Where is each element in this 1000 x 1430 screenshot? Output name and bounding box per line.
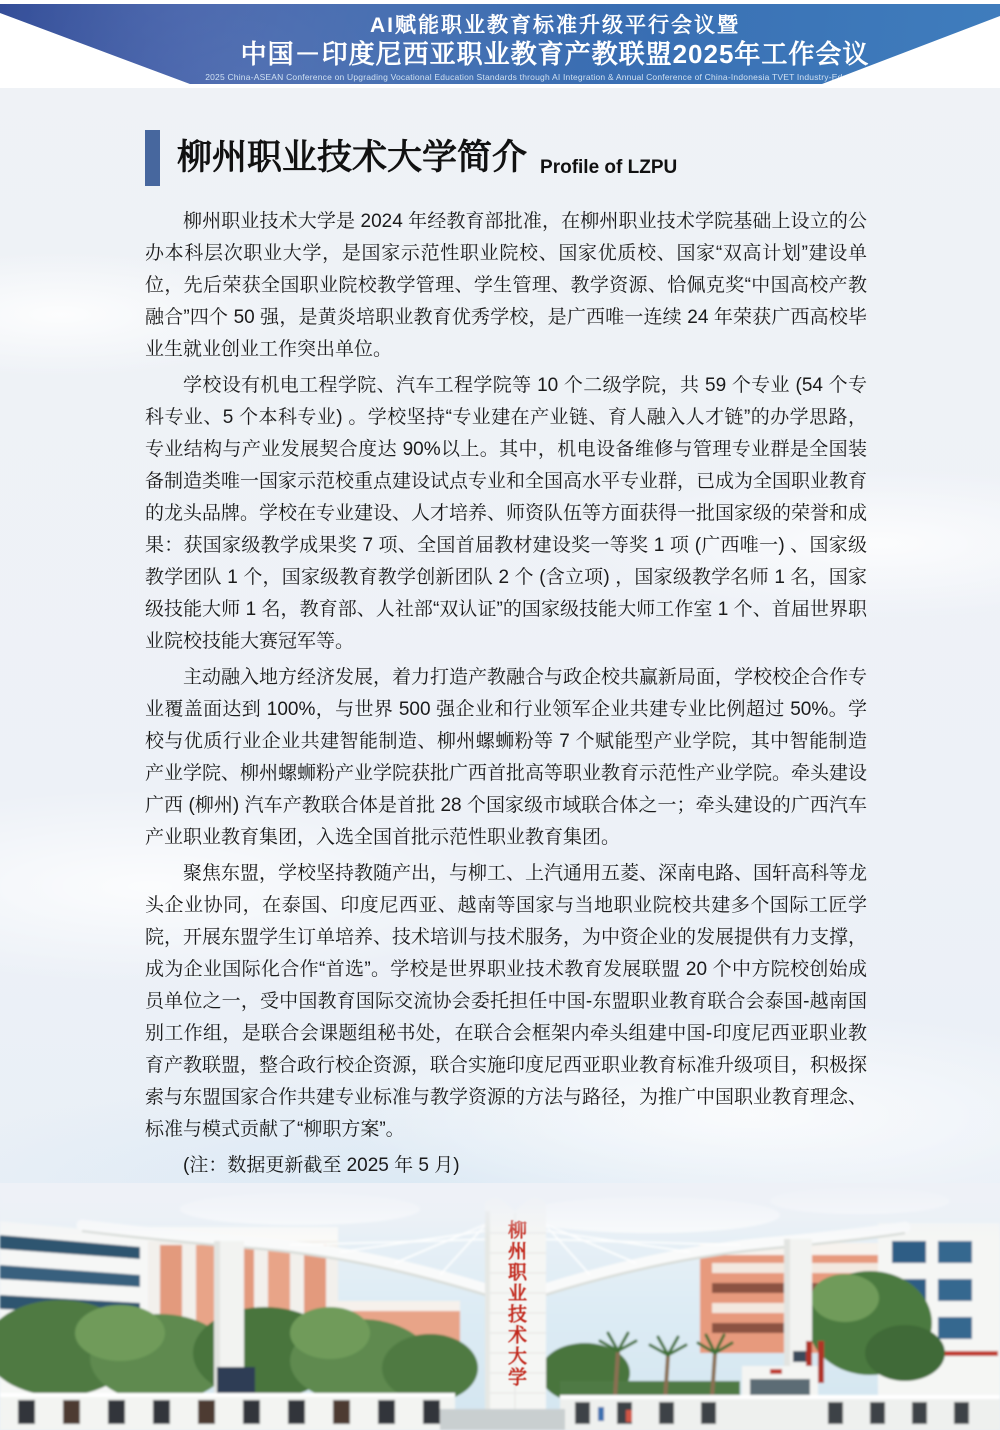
profile-section: 柳州职业技术大学简介 Profile of LZPU 柳州职业技术大学是 202… xyxy=(145,128,867,1186)
section-title-zh: 柳州职业技术大学简介 xyxy=(177,130,527,186)
page: AI赋能职业教育标准升级平行会议暨 中国－印度尼西亚职业教育产教联盟2025年工… xyxy=(0,0,1000,1430)
banner-title-line2: 中国－印度尼西亚职业教育产教联盟2025年工作会议 xyxy=(128,39,982,69)
paragraph-2: 学校设有机电工程学院、汽车工程学院等 10 个二级学院，共 59 个专业 (54… xyxy=(145,370,867,658)
section-title-row: 柳州职业技术大学简介 Profile of LZPU xyxy=(145,128,867,186)
paragraph-4: 聚焦东盟，学校坚持教随产出，与柳工、上汽通用五菱、深南电路、国轩高科等龙头企业协… xyxy=(145,858,867,1146)
banner-title-line1: AI赋能职业教育标准升级平行会议暨 xyxy=(128,13,982,39)
photo-top-fade xyxy=(0,1183,1000,1238)
paragraph-1: 柳州职业技术大学是 2024 年经教育部批准，在柳州职业技术学院基础上设立的公办… xyxy=(145,206,867,366)
paragraph-3: 主动融入地方经济发展，着力打造产教融合与政企校共赢新局面，学校校企合作专业覆盖面… xyxy=(145,662,867,854)
data-update-note: (注：数据更新截至 2025 年 5 月) xyxy=(145,1150,867,1182)
gate-road xyxy=(440,1409,565,1430)
title-accent-bar xyxy=(145,130,160,186)
gate-sign-text: 柳州职业技术大学 xyxy=(503,1220,530,1398)
section-title-en: Profile of LZPU xyxy=(540,157,677,179)
campus-gate-photo: 柳州职业技术大学 xyxy=(0,1183,1000,1430)
